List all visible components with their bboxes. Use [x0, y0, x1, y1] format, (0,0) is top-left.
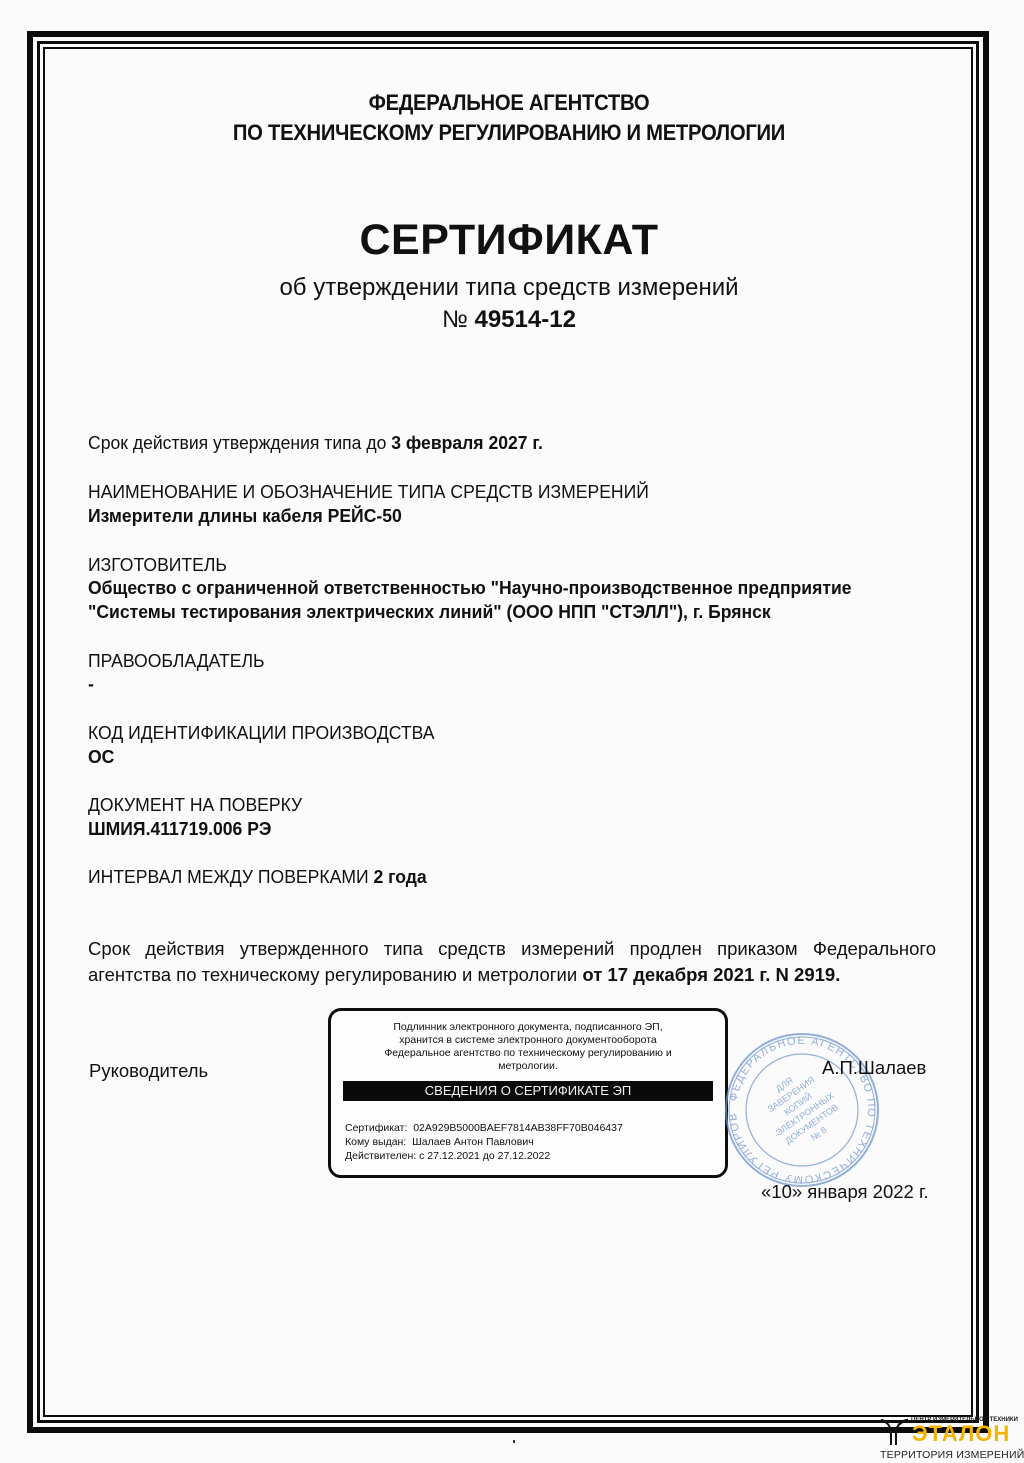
ep-notice-line: метрологии. — [331, 1060, 725, 1073]
field-value-verification-doc: ШМИЯ.411719.006 РЭ — [88, 818, 271, 840]
etalon-logo: ЦЕНТР ИЗМЕРИТЕЛЬНОЙ ТЕХНИКИ ЭТАЛОН ТЕРРИ… — [878, 1414, 1024, 1463]
field-label-production-code: КОД ИДЕНТИФИКАЦИИ ПРОИЗВОДСТВА — [88, 722, 434, 744]
validity-line: Срок действия утверждения типа до 3 февр… — [88, 432, 543, 454]
signature-date: «10» января 2022 г. — [761, 1181, 929, 1203]
ep-notice-line: Подлинник электронного документа, подпис… — [331, 1021, 725, 1034]
signature-role: Руководитель — [89, 1060, 208, 1082]
ep-cert-label: Сертификат: — [345, 1122, 407, 1134]
logo-slogan: ТЕРРИТОРИЯ ИЗМЕРЕНИЙ — [880, 1449, 1024, 1461]
field-label-rights-holder: ПРАВООБЛАДАТЕЛЬ — [88, 650, 265, 672]
interval-line: ИНТЕРВАЛ МЕЖДУ ПОВЕРКАМИ 2 года — [88, 866, 427, 888]
field-label-verification-doc: ДОКУМЕНТ НА ПОВЕРКУ — [88, 794, 302, 816]
validity-label: Срок действия утверждения типа до — [88, 432, 386, 453]
ep-notice-line: хранится в системе электронного документ… — [331, 1034, 725, 1047]
scan-speck — [513, 1440, 515, 1443]
ep-cert-row: Сертификат: 02A929B5000BAEF7814AB38FF70B… — [345, 1121, 623, 1135]
ep-certificate-details: Сертификат: 02A929B5000BAEF7814AB38FF70B… — [345, 1121, 623, 1163]
field-value-production-code: ОС — [88, 746, 114, 768]
logo-brand-name: ЭТАЛОН — [912, 1421, 1010, 1447]
field-value-type-name: Измерители длины кабеля РЕЙС-50 — [88, 505, 402, 527]
etalon-emblem-icon — [880, 1416, 910, 1446]
electronic-signature-box: Подлинник электронного документа, подпис… — [328, 1008, 728, 1178]
certificate-number-value: 49514-12 — [474, 306, 575, 333]
number-sign: № — [442, 306, 468, 333]
ep-notice-line: Федеральное агентство по техническому ре… — [331, 1047, 725, 1060]
agency-name-line2: ПО ТЕХНИЧЕСКОМУ РЕГУЛИРОВАНИЮ И МЕТРОЛОГ… — [41, 120, 978, 146]
ep-issued-row: Кому выдан: Шалаев Антон Павлович — [345, 1135, 623, 1149]
ep-valid-row: Действителен: с 27.12.2021 до 27.12.2022 — [345, 1149, 623, 1163]
signer-name: А.П.Шалаев — [822, 1057, 926, 1079]
validity-value: 3 февраля 2027 г. — [391, 432, 543, 453]
ep-certificate-header: СВЕДЕНИЯ О СЕРТИФИКАТЕ ЭП — [343, 1081, 713, 1101]
field-label-manufacturer: ИЗГОТОВИТЕЛЬ — [88, 554, 227, 576]
ep-notice: Подлинник электронного документа, подпис… — [331, 1021, 725, 1073]
official-stamp-icon: ФЕДЕРАЛЬНОЕ АГЕНТСТВО ПО ТЕХНИЧЕСКОМУ РЕ… — [722, 1030, 882, 1190]
ep-valid-label: Действителен: — [345, 1150, 416, 1162]
ep-issued-value: Шалаев Антон Павлович — [412, 1136, 534, 1148]
extension-order: от 17 декабря 2021 г. N 2919. — [582, 964, 840, 985]
certificate-title: СЕРТИФИКАТ — [0, 216, 1018, 265]
field-value-manufacturer-line2: "Системы тестирования электрических лини… — [88, 601, 771, 623]
certificate-subtitle: об утверждении типа средств измерений — [0, 274, 1018, 302]
ep-cert-value: 02A929B5000BAEF7814AB38FF70B046437 — [413, 1122, 623, 1134]
ep-valid-value: с 27.12.2021 до 27.12.2022 — [419, 1150, 550, 1162]
ep-issued-label: Кому выдан: — [345, 1136, 406, 1148]
field-value-rights-holder: - — [88, 673, 94, 695]
interval-value: 2 года — [374, 866, 427, 887]
agency-name-line1: ФЕДЕРАЛЬНОЕ АГЕНТСТВО — [41, 90, 978, 116]
extension-paragraph: Срок действия утвержденного типа средств… — [88, 936, 936, 988]
field-label-type-name: НАИМЕНОВАНИЕ И ОБОЗНАЧЕНИЕ ТИПА СРЕДСТВ … — [88, 481, 649, 503]
interval-label: ИНТЕРВАЛ МЕЖДУ ПОВЕРКАМИ — [88, 866, 369, 887]
certificate-number: № 49514-12 — [0, 306, 1018, 334]
field-value-manufacturer-line1: Общество с ограниченной ответственностью… — [88, 577, 852, 599]
